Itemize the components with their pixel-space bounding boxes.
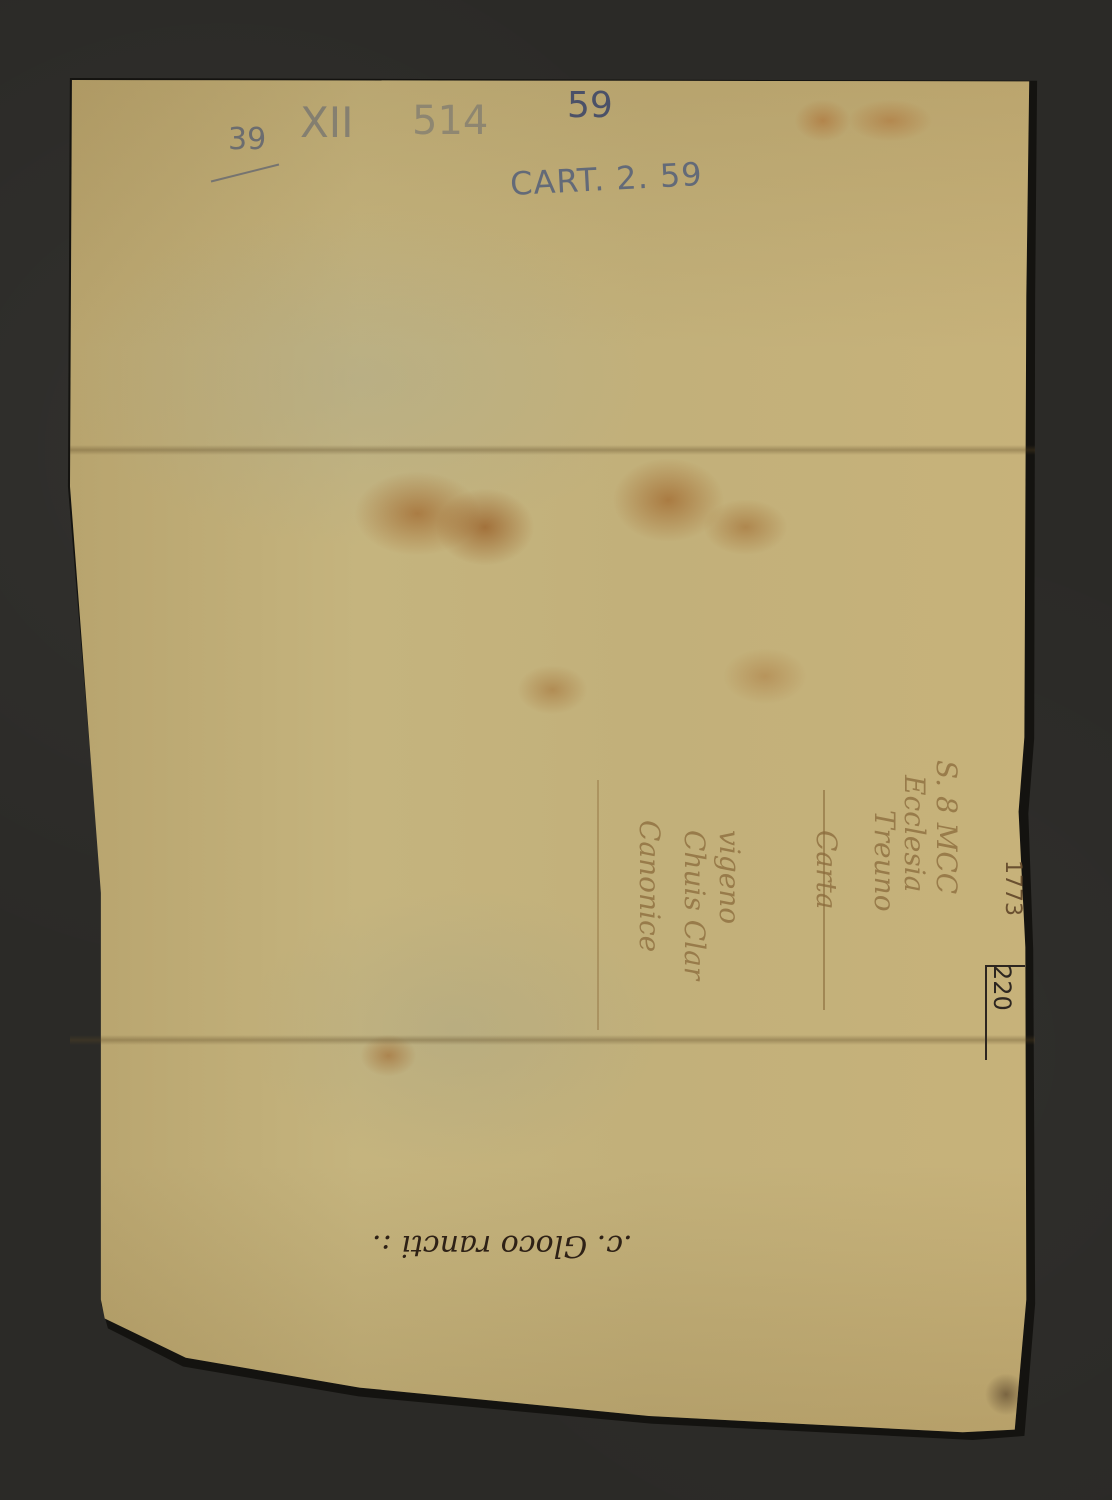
faded-note-line-3: Treuno [870, 810, 898, 912]
faded-note-line-6: Chuis Clar [680, 830, 708, 980]
number-bracket-vertical [985, 965, 987, 1060]
pencil-shelfmark-xii: XII [300, 98, 354, 147]
faded-box-line [597, 780, 599, 1030]
faded-note-line-7: Canonice [635, 820, 663, 952]
pencil-number-59: 59 [567, 85, 613, 126]
faded-note-line-4: Carta [812, 830, 840, 909]
archival-number-220: 220 [988, 965, 1016, 1011]
pencil-shelfmark-514: 514 [412, 98, 488, 144]
faded-note-line-1: S. 8 MCC [932, 760, 960, 894]
archival-number-1773: 1773 [1000, 860, 1025, 916]
fold-line-lower [70, 1035, 1035, 1045]
faded-note-line-2: Ecclesia [900, 775, 928, 892]
inverted-endorsement: .c. Gloco rancti :. [372, 1228, 633, 1263]
faded-note-line-5: vigeno [715, 830, 743, 924]
pencil-shelfmark-39: 39 [228, 122, 266, 157]
fold-line-upper [70, 445, 1035, 455]
